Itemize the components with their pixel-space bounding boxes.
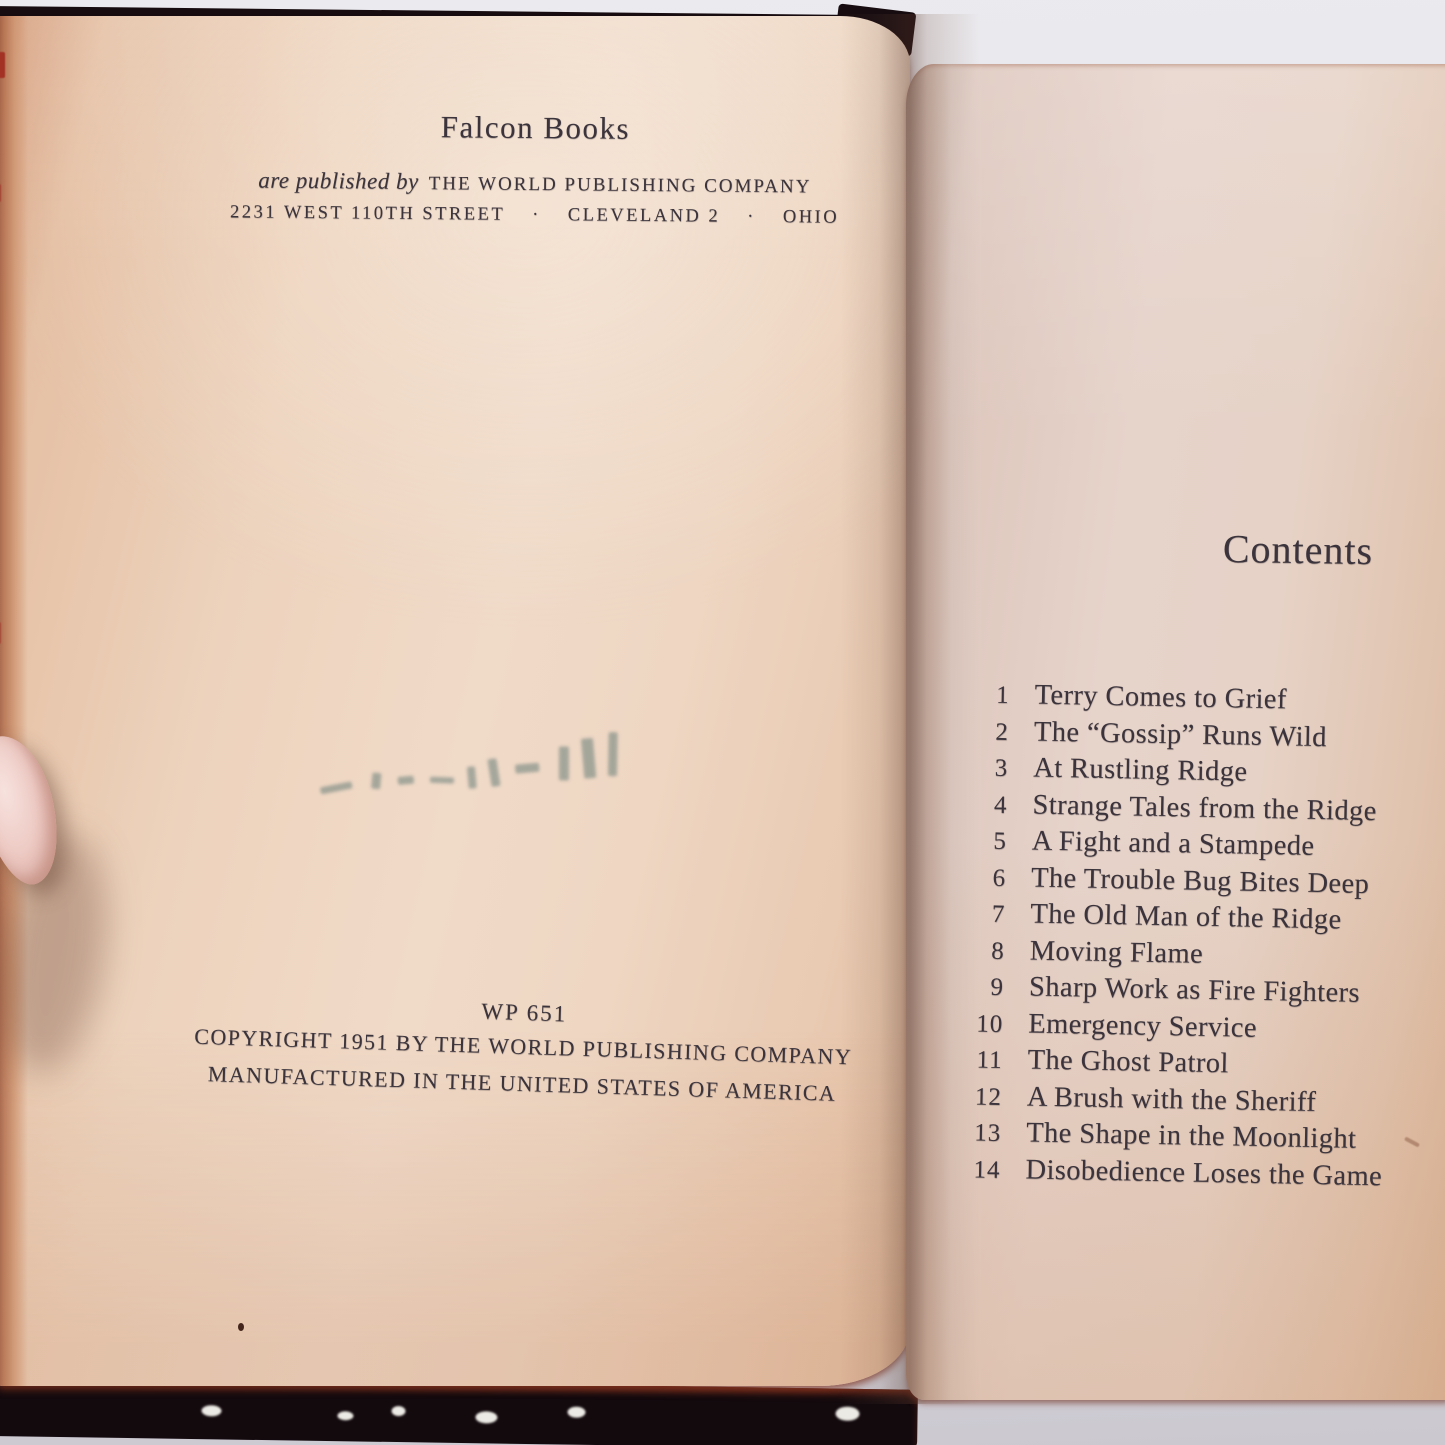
toc-chapter-title: The Shape in the Moonlight (1026, 1115, 1357, 1157)
publisher-line: are published byTHE WORLD PUBLISHING COM… (235, 167, 835, 198)
toc-chapter-title: Disobedience Loses the Game (1025, 1152, 1382, 1194)
cover-worn-speck (391, 1406, 405, 1416)
page-edge-stack (0, 16, 28, 1386)
page-edge-red-mark (0, 52, 5, 78)
toc-chapter-number: 11 (948, 1042, 1003, 1079)
toc-chapter-number: 7 (951, 896, 1006, 933)
cover-worn-speck (835, 1407, 859, 1421)
toc-chapter-title: Sharp Work as Fire Fighters (1029, 969, 1361, 1011)
address-state: OHIO (783, 207, 839, 228)
contents-heading: Contents (1148, 524, 1445, 575)
address-street: 2231 WEST 110TH STREET (230, 202, 505, 225)
address-separator-dot: · (747, 207, 756, 228)
toc-chapter-number: 1 (955, 677, 1010, 714)
toc-chapter-title: Emergency Service (1028, 1006, 1257, 1046)
imprint-title: Falcon Books (235, 107, 835, 148)
toc-chapter-number: 3 (954, 750, 1009, 787)
toc-chapter-title: A Brush with the Sheriff (1027, 1079, 1317, 1120)
cover-worn-speck (475, 1411, 497, 1423)
book-cover-bottom-edge (0, 1376, 918, 1445)
page-edge-red-mark (0, 184, 1, 202)
toc-chapter-title: At Rustling Ridge (1033, 751, 1248, 791)
toc-chapter-title: Strange Tales from the Ridge (1032, 787, 1377, 829)
open-book-photo: Falcon Books are published byTHE WORLD P… (0, 0, 1445, 1445)
publisher-intro: are published by (258, 168, 419, 194)
toc-chapter-number: 6 (952, 859, 1007, 896)
toc-chapter-number: 12 (948, 1078, 1003, 1115)
toc-chapter-number: 5 (952, 823, 1007, 860)
toc-chapter-number: 8 (950, 932, 1005, 969)
toc-chapter-title: A Fight and a Stampede (1032, 823, 1315, 864)
cover-worn-speck (201, 1405, 221, 1416)
toc-chapter-number: 9 (950, 969, 1005, 1006)
page-edge-red-mark (0, 622, 1, 644)
toc-chapter-title: Terry Comes to Grief (1034, 678, 1287, 718)
imprint-block: Falcon Books are published byTHE WORLD P… (235, 107, 836, 228)
ink-speck (238, 1323, 244, 1331)
toc-chapter-title: The Ghost Patrol (1027, 1042, 1229, 1081)
cover-worn-speck (567, 1407, 585, 1418)
publisher-name: THE WORLD PUBLISHING COMPANY (429, 173, 812, 197)
address-city: CLEVELAND 2 (568, 205, 721, 227)
toc-chapter-number: 4 (953, 786, 1008, 823)
address-separator-dot: · (532, 205, 541, 226)
toc-chapter-number: 13 (947, 1115, 1002, 1152)
toc-chapter-title: The Old Man of the Ridge (1030, 896, 1342, 937)
toc-chapter-number: 10 (949, 1005, 1004, 1042)
toc-chapter-title: The Trouble Bug Bites Deep (1031, 860, 1370, 902)
toc-list: 1Terry Comes to Grief2The “Gossip” Runs … (946, 676, 1445, 1196)
toc-chapter-title: Moving Flame (1029, 933, 1203, 972)
toc-chapter-number: 2 (955, 713, 1010, 750)
toc-chapter-number: 14 (946, 1151, 1001, 1188)
toc-chapter-title: The “Gossip” Runs Wild (1034, 714, 1328, 755)
cover-worn-speck (337, 1411, 353, 1420)
